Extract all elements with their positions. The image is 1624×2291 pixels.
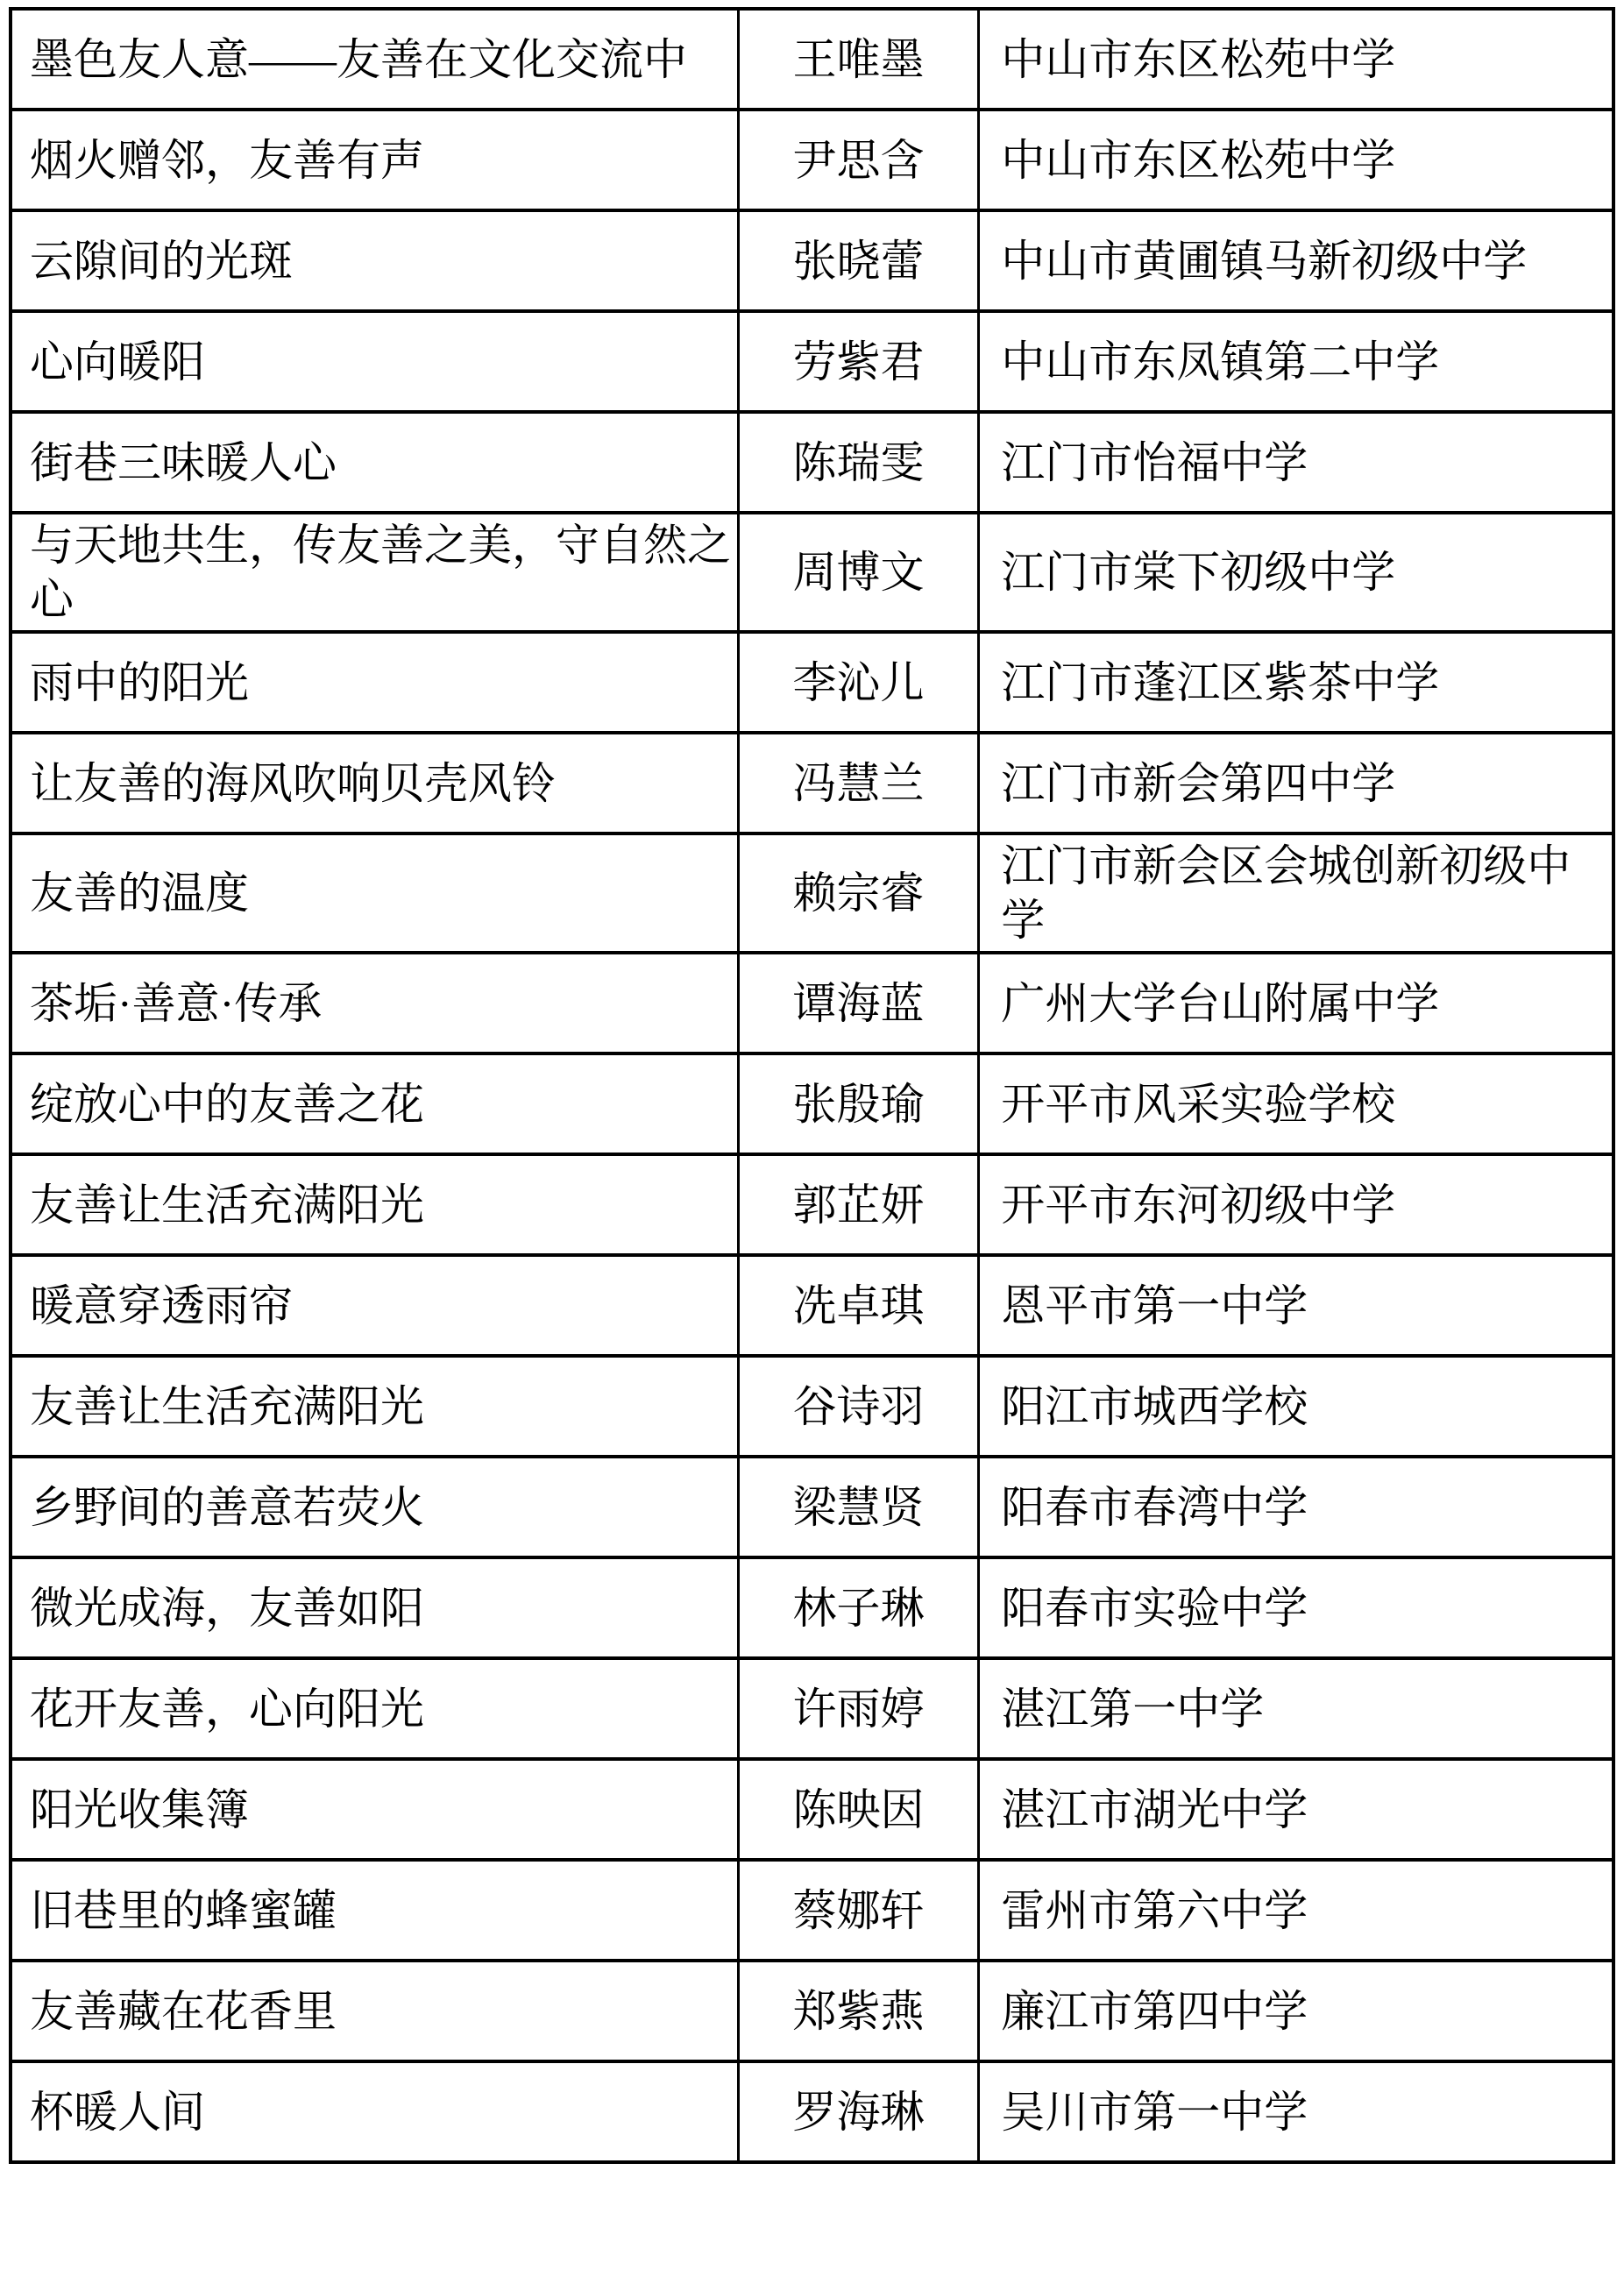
name-cell: 许雨婷 bbox=[738, 1658, 978, 1759]
name-cell: 冯慧兰 bbox=[738, 733, 978, 833]
table-row: 杯暖人间 罗海琳 吴川市第一中学 bbox=[11, 2061, 1613, 2162]
name-cell: 尹思含 bbox=[738, 110, 978, 210]
name-cell: 蔡娜轩 bbox=[738, 1860, 978, 1961]
name-cell: 郭芷妍 bbox=[738, 1154, 978, 1255]
name-cell: 谷诗羽 bbox=[738, 1356, 978, 1457]
school-cell: 恩平市第一中学 bbox=[979, 1255, 1613, 1356]
table-row: 雨中的阳光 李沁儿 江门市蓬江区紫茶中学 bbox=[11, 632, 1613, 733]
title-cell: 与天地共生，传友善之美，守自然之心 bbox=[11, 513, 738, 632]
school-cell: 广州大学台山附属中学 bbox=[979, 953, 1613, 1053]
title-cell: 心向暖阳 bbox=[11, 311, 738, 412]
school-cell: 中山市东区松苑中学 bbox=[979, 110, 1613, 210]
name-cell: 张殷瑜 bbox=[738, 1053, 978, 1154]
school-cell: 中山市东凤镇第二中学 bbox=[979, 311, 1613, 412]
school-cell: 廉江市第四中学 bbox=[979, 1961, 1613, 2061]
school-cell: 中山市黄圃镇马新初级中学 bbox=[979, 210, 1613, 311]
table-row: 花开友善，心向阳光 许雨婷 湛江第一中学 bbox=[11, 1658, 1613, 1759]
school-cell: 江门市棠下初级中学 bbox=[979, 513, 1613, 632]
title-cell: 旧巷里的蜂蜜罐 bbox=[11, 1860, 738, 1961]
name-cell: 李沁儿 bbox=[738, 632, 978, 733]
title-cell: 烟火赠邻，友善有声 bbox=[11, 110, 738, 210]
name-cell: 赖宗睿 bbox=[738, 833, 978, 953]
name-cell: 劳紫君 bbox=[738, 311, 978, 412]
title-cell: 暖意穿透雨帘 bbox=[11, 1255, 738, 1356]
table-row: 让友善的海风吹响贝壳风铃 冯慧兰 江门市新会第四中学 bbox=[11, 733, 1613, 833]
name-cell: 陈瑞雯 bbox=[738, 412, 978, 513]
school-cell: 江门市新会区会城创新初级中学 bbox=[979, 833, 1613, 953]
school-cell: 开平市东河初级中学 bbox=[979, 1154, 1613, 1255]
school-cell: 吴川市第一中学 bbox=[979, 2061, 1613, 2162]
school-cell: 湛江市湖光中学 bbox=[979, 1759, 1613, 1860]
title-cell: 街巷三味暖人心 bbox=[11, 412, 738, 513]
title-cell: 茶垢·善意·传承 bbox=[11, 953, 738, 1053]
title-cell: 友善让生活充满阳光 bbox=[11, 1154, 738, 1255]
title-cell: 云隙间的光斑 bbox=[11, 210, 738, 311]
table-row: 友善的温度 赖宗睿 江门市新会区会城创新初级中学 bbox=[11, 833, 1613, 953]
title-cell: 绽放心中的友善之花 bbox=[11, 1053, 738, 1154]
table-row: 与天地共生，传友善之美，守自然之心 周博文 江门市棠下初级中学 bbox=[11, 513, 1613, 632]
school-cell: 江门市蓬江区紫茶中学 bbox=[979, 632, 1613, 733]
title-cell: 雨中的阳光 bbox=[11, 632, 738, 733]
name-cell: 林子琳 bbox=[738, 1557, 978, 1658]
table-row: 暖意穿透雨帘 冼卓琪 恩平市第一中学 bbox=[11, 1255, 1613, 1356]
awards-table: 墨色友人意——友善在文化交流中 王唯墨 中山市东区松苑中学 烟火赠邻，友善有声 … bbox=[9, 7, 1615, 2164]
title-cell: 让友善的海风吹响贝壳风铃 bbox=[11, 733, 738, 833]
name-cell: 王唯墨 bbox=[738, 9, 978, 110]
school-cell: 阳春市实验中学 bbox=[979, 1557, 1613, 1658]
school-cell: 湛江第一中学 bbox=[979, 1658, 1613, 1759]
title-cell: 墨色友人意——友善在文化交流中 bbox=[11, 9, 738, 110]
school-cell: 中山市东区松苑中学 bbox=[979, 9, 1613, 110]
table-row: 烟火赠邻，友善有声 尹思含 中山市东区松苑中学 bbox=[11, 110, 1613, 210]
school-cell: 江门市怡福中学 bbox=[979, 412, 1613, 513]
table-row: 友善藏在花香里 郑紫燕 廉江市第四中学 bbox=[11, 1961, 1613, 2061]
school-cell: 阳春市春湾中学 bbox=[979, 1457, 1613, 1557]
school-cell: 雷州市第六中学 bbox=[979, 1860, 1613, 1961]
title-cell: 友善的温度 bbox=[11, 833, 738, 953]
table-row: 街巷三味暖人心 陈瑞雯 江门市怡福中学 bbox=[11, 412, 1613, 513]
table-row: 友善让生活充满阳光 谷诗羽 阳江市城西学校 bbox=[11, 1356, 1613, 1457]
school-cell: 阳江市城西学校 bbox=[979, 1356, 1613, 1457]
table-row: 墨色友人意——友善在文化交流中 王唯墨 中山市东区松苑中学 bbox=[11, 9, 1613, 110]
name-cell: 罗海琳 bbox=[738, 2061, 978, 2162]
name-cell: 梁慧贤 bbox=[738, 1457, 978, 1557]
table-row: 乡野间的善意若荧火 梁慧贤 阳春市春湾中学 bbox=[11, 1457, 1613, 1557]
school-cell: 江门市新会第四中学 bbox=[979, 733, 1613, 833]
table-row: 绽放心中的友善之花 张殷瑜 开平市风采实验学校 bbox=[11, 1053, 1613, 1154]
table-row: 心向暖阳 劳紫君 中山市东凤镇第二中学 bbox=[11, 311, 1613, 412]
title-cell: 友善让生活充满阳光 bbox=[11, 1356, 738, 1457]
name-cell: 陈映因 bbox=[738, 1759, 978, 1860]
name-cell: 周博文 bbox=[738, 513, 978, 632]
table-row: 微光成海，友善如阳 林子琳 阳春市实验中学 bbox=[11, 1557, 1613, 1658]
title-cell: 微光成海，友善如阳 bbox=[11, 1557, 738, 1658]
title-cell: 杯暖人间 bbox=[11, 2061, 738, 2162]
awards-table-body: 墨色友人意——友善在文化交流中 王唯墨 中山市东区松苑中学 烟火赠邻，友善有声 … bbox=[11, 9, 1613, 2162]
title-cell: 友善藏在花香里 bbox=[11, 1961, 738, 2061]
name-cell: 冼卓琪 bbox=[738, 1255, 978, 1356]
table-row: 友善让生活充满阳光 郭芷妍 开平市东河初级中学 bbox=[11, 1154, 1613, 1255]
table-row: 旧巷里的蜂蜜罐 蔡娜轩 雷州市第六中学 bbox=[11, 1860, 1613, 1961]
title-cell: 花开友善，心向阳光 bbox=[11, 1658, 738, 1759]
table-row: 阳光收集簿 陈映因 湛江市湖光中学 bbox=[11, 1759, 1613, 1860]
table-row: 云隙间的光斑 张晓蕾 中山市黄圃镇马新初级中学 bbox=[11, 210, 1613, 311]
title-cell: 乡野间的善意若荧火 bbox=[11, 1457, 738, 1557]
school-cell: 开平市风采实验学校 bbox=[979, 1053, 1613, 1154]
name-cell: 郑紫燕 bbox=[738, 1961, 978, 2061]
name-cell: 谭海蓝 bbox=[738, 953, 978, 1053]
title-cell: 阳光收集簿 bbox=[11, 1759, 738, 1860]
name-cell: 张晓蕾 bbox=[738, 210, 978, 311]
table-row: 茶垢·善意·传承 谭海蓝 广州大学台山附属中学 bbox=[11, 953, 1613, 1053]
